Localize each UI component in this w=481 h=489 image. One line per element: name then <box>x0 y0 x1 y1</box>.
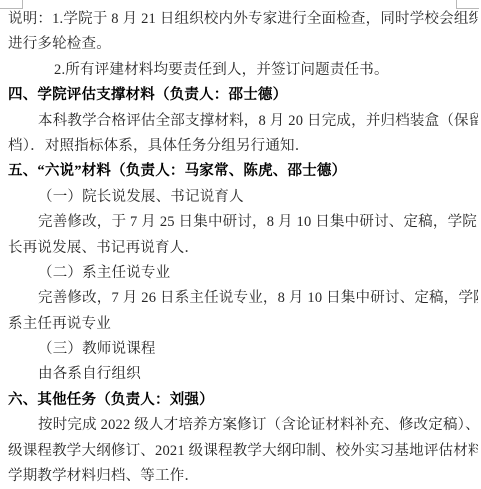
document-line: 本科教学合格评估全部支撑材料，8 月 20 日完成，并归档装盒（保留电子 <box>8 109 478 134</box>
document-line: 2.所有评建材料均要责任到人，并签订问题责任书。 <box>8 58 478 83</box>
document-line: （一）院长说发展、书记说育人 <box>8 185 478 210</box>
document-line: 长再说发展、书记再说育人． <box>8 236 478 261</box>
document-body: 说明：1.学院于 8 月 21 日组织校内外专家进行全面检查，同时学校会组织专家… <box>8 7 478 489</box>
document-line: 级课程教学大纲修订、2021 级课程教学大纲印制、校外实习基地评估材料、本 <box>8 439 478 464</box>
document-line: 进行多轮检查。 <box>8 32 478 57</box>
document-line: 按时完成 2022 级人才培养方案修订（含论证材料补充、修改定稿）、2022 <box>8 413 478 438</box>
document-line: 完善修改，于 7 月 25 日集中研讨，8 月 10 日集中研讨、定稿，学院内部… <box>8 210 478 235</box>
document-line: （三）教师说课程 <box>8 337 478 362</box>
document-line: 由各系自行组织 <box>8 362 478 387</box>
document-line: 学期教学材料归档、等工作． <box>8 464 478 489</box>
document-line: 档）．对照指标体系，具体任务分组另行通知． <box>8 134 478 159</box>
document-line: 完善修改，7 月 26 日系主任说专业，8 月 10 日集中研讨、定稿，学院内部 <box>8 286 478 311</box>
document-page: 说明：1.学院于 8 月 21 日组织校内外专家进行全面检查，同时学校会组织专家… <box>0 0 481 489</box>
section-heading: 五、“六说”材料（负责人：马家常、陈虎、邵士德） <box>8 159 478 184</box>
section-heading: 四、学院评估支撑材料（负责人：邵士德） <box>8 83 478 108</box>
document-line: 说明：1.学院于 8 月 21 日组织校内外专家进行全面检查，同时学校会组织专家 <box>8 7 478 32</box>
document-line: 系主任再说专业 <box>8 312 478 337</box>
document-line: （二）系主任说专业 <box>8 261 478 286</box>
section-heading: 六、其他任务（负责人：刘强） <box>8 388 478 413</box>
